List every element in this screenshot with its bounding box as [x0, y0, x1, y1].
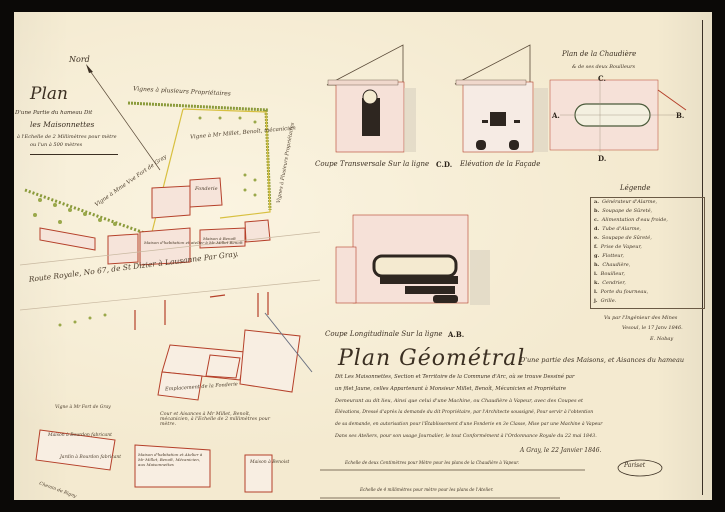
- label-vigne-fort: Vigne à Mr Fort de Gray: [55, 405, 111, 410]
- main-text-line5: Élévations, Dressé d'après la demande du…: [335, 410, 593, 415]
- coupe-transversale-drawing: [327, 45, 416, 152]
- caption-coupe-transversale-ref: C.D.: [436, 160, 452, 169]
- marker-c: C.: [598, 74, 606, 83]
- approval-line1: Vu par l'Ingénieur des Mines: [604, 315, 677, 321]
- legend-item: e.Soupape de Sûreté,: [591, 234, 704, 243]
- caption-coupe-transversale: Coupe Transversale Sur la ligne: [315, 160, 429, 168]
- main-text-line2: Dit Les Maisonnettes, Section et Territo…: [335, 374, 574, 380]
- legend-item: a.Générateur d'Alarme,: [591, 198, 704, 207]
- marker-a-left: A.: [552, 111, 560, 120]
- legend-title: Légende: [620, 184, 651, 192]
- legend-item: j.Grille.: [591, 297, 704, 306]
- marker-d: D.: [598, 154, 606, 163]
- caption-coupe-longitudinale-ref: A.B.: [448, 330, 464, 339]
- legend-item: l.Porte du fourneau,: [591, 288, 704, 297]
- label-maison-benoist: Maison à Benoist: [250, 460, 289, 465]
- scale-label-2: Echelle de 4 millimètres pour mètre pour…: [360, 487, 494, 492]
- coupe-longitudinale-drawing: [336, 215, 490, 305]
- legend-box: a.Générateur d'Alarme, b.Soupape de Sûre…: [590, 197, 705, 309]
- main-text-line1: D'une partie des Maisons, et Aisances du…: [520, 356, 684, 364]
- architect-signature: Pariset: [624, 462, 645, 469]
- legend-item: b.Soupape de Sûreté,: [591, 207, 704, 216]
- caption-plan-chaudiere: Plan de la Chaudière: [562, 50, 636, 58]
- legend-item: i.Bouilleur,: [591, 270, 704, 279]
- north-arrow-icon: [86, 64, 93, 73]
- main-text-line6: de sa demande, en autorisation pour l'Ét…: [335, 422, 602, 427]
- left-plan-title: Plan: [30, 84, 68, 104]
- main-title: Plan Géométral: [338, 346, 525, 371]
- chaudiere-plan-drawing: [550, 78, 686, 152]
- legend-item: g.Flotteur,: [591, 252, 704, 261]
- legend-item: h.Chaudière,: [591, 261, 704, 270]
- main-text-line7: Dans ses Ateliers, pour son usage Journa…: [335, 434, 597, 439]
- approval-line2: Vesoul, le 17 Janv 1846.: [622, 325, 683, 331]
- label-maison-bourdon: Maison à Bourdon fabricant: [48, 433, 112, 438]
- scale-label-1: Echelle de deux Centimètres pour Mètre p…: [345, 460, 519, 465]
- legend-item: f.Prise de Vapeur,: [591, 243, 704, 252]
- legend-item: d.Tube d'Alarme,: [591, 225, 704, 234]
- label-maison-habitation-2: Maison d'habitation et Atelier à Mr Mill…: [138, 452, 206, 467]
- roadside-walls: [135, 292, 268, 330]
- caption-elevation: Elévation de la Façade: [460, 160, 540, 168]
- place-date: A Gray, le 22 Janvier 1846.: [520, 447, 601, 454]
- approval-signature: E. Nobay: [650, 336, 673, 342]
- caption-plan-chaudiere-sub: & de ses deux Bouilleurs: [572, 64, 635, 70]
- left-title-line2: les Maisonnettes: [30, 120, 94, 129]
- label-maison-benoit: Maison à Benoît: [203, 236, 236, 241]
- left-title-underline: [30, 154, 118, 155]
- scale-bars: [320, 470, 585, 498]
- caption-coupe-longitudinale: Coupe Longitudinale Sur la ligne: [325, 330, 442, 338]
- label-cour-aisances: Cour et Aisances à Mr Millet, Benoît, mé…: [160, 412, 270, 427]
- elevation-drawing: [455, 45, 548, 152]
- label-jardin-bourdon: Jardin à Bourdon fabricant: [60, 455, 121, 460]
- marker-b: B.: [676, 111, 684, 120]
- left-title-scale-ratio: ou l'un à 500 mètres: [30, 142, 82, 148]
- buildings-lower: [36, 330, 300, 492]
- label-fonderie: Fonderie: [195, 186, 218, 192]
- left-title-line1: D'une Partie du hameau Dit: [15, 110, 92, 116]
- north-arrow-label: Nord: [69, 55, 90, 64]
- left-title-scale: à l'Echelle de 2 Millimètres pour mètre: [17, 134, 117, 140]
- main-text-line3: un filet Jaune, celles Appartenant à Mon…: [335, 386, 566, 392]
- main-text-line4: Demeurant au dit lieu, Ainsi que celui d…: [335, 398, 583, 404]
- legend-item: c.Alimentation d'eau froide,: [591, 216, 704, 225]
- legend-item: k.Cendrier,: [591, 279, 704, 288]
